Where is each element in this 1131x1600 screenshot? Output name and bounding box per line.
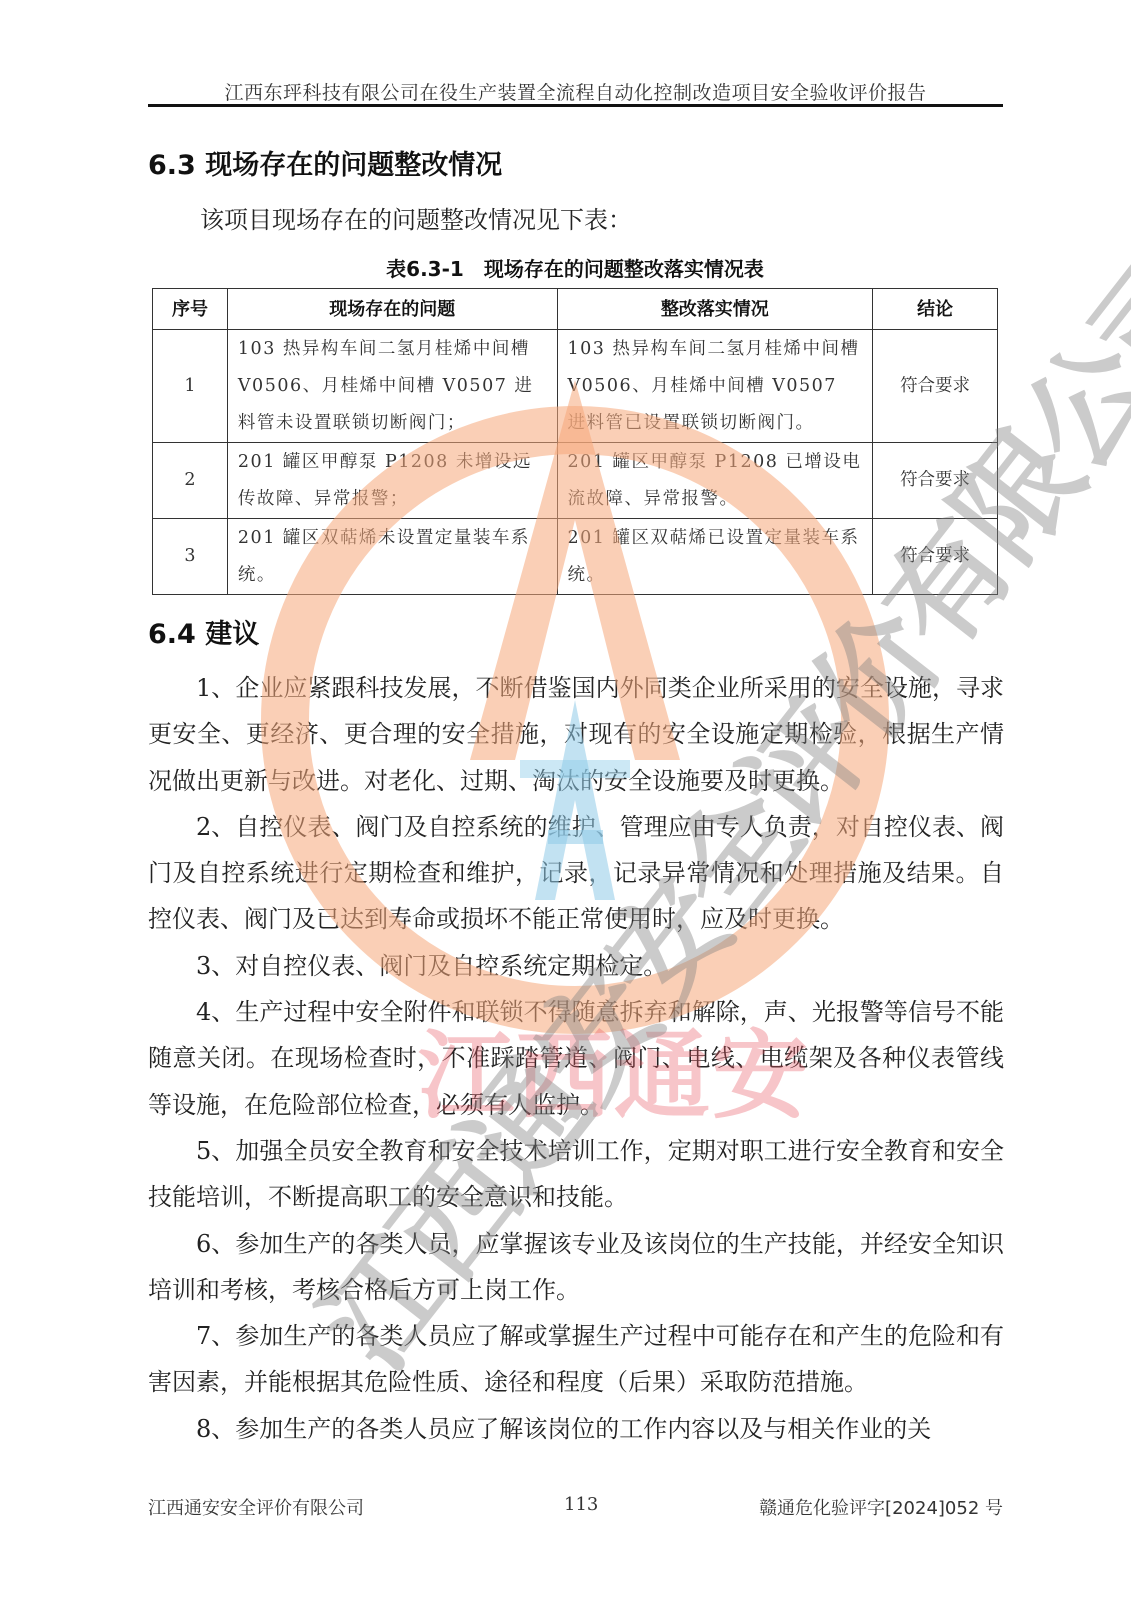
- rectification-table: 序号 现场存在的问题 整改落实情况 结论 1 103 热异构车间二氢月桂烯中间槽…: [152, 288, 998, 595]
- recommendation-paragraph: 6、参加生产的各类人员，应掌握该专业及该岗位的生产技能，并经安全知识培训和考核，…: [148, 1221, 1004, 1314]
- document-page: 江西东玶科技有限公司在役生产装置全流程自动化控制改造项目安全验收评价报告 6.3…: [0, 0, 1131, 1600]
- cell-number: 3: [153, 519, 228, 595]
- recommendation-paragraph: 8、参加生产的各类人员应了解该岗位的工作内容以及与相关作业的关: [148, 1406, 1004, 1452]
- cell-fix: 201 罐区双萜烯已设置定量装车系统。: [557, 519, 873, 595]
- page-number: 113: [564, 1494, 598, 1515]
- table-row: 2 201 罐区甲醇泵 P1208 未增设远传故障、异常报警； 201 罐区甲醇…: [153, 443, 998, 519]
- footer-doc-number: 赣通危化验评字[2024]052 号: [759, 1494, 1003, 1520]
- cell-verdict: 符合要求: [873, 330, 998, 443]
- section-heading-6-4: 6.4 建议: [148, 612, 259, 651]
- cell-number: 2: [153, 443, 228, 519]
- column-header-verdict: 结论: [873, 289, 998, 330]
- table-row: 1 103 热异构车间二氢月桂烯中间槽 V0506、月桂烯中间槽 V0507 进…: [153, 330, 998, 443]
- intro-paragraph: 该项目现场存在的问题整改情况见下表：: [200, 200, 632, 235]
- table-caption: 表6.3-1 现场存在的问题整改落实情况表: [152, 253, 998, 282]
- recommendation-paragraph: 4、生产过程中安全附件和联锁不得随意拆弃和解除，声、光报警等信号不能随意关闭。在…: [148, 989, 1004, 1128]
- running-header: 江西东玶科技有限公司在役生产装置全流程自动化控制改造项目安全验收评价报告: [148, 78, 1003, 105]
- recommendation-paragraph: 1、企业应紧跟科技发展，不断借鉴国内外同类企业所采用的安全设施，寻求更安全、更经…: [148, 665, 1004, 804]
- section-heading-6-3: 6.3 现场存在的问题整改情况: [148, 143, 502, 182]
- cell-issue: 201 罐区双萜烯未设置定量装车系统。: [227, 519, 557, 595]
- cell-fix: 201 罐区甲醇泵 P1208 已增设电流故障、异常报警。: [557, 443, 873, 519]
- table-row: 3 201 罐区双萜烯未设置定量装车系统。 201 罐区双萜烯已设置定量装车系统…: [153, 519, 998, 595]
- recommendation-paragraph: 5、加强全员安全教育和安全技术培训工作，定期对职工进行安全教育和安全技能培训，不…: [148, 1128, 1004, 1221]
- cell-verdict: 符合要求: [873, 519, 998, 595]
- table-header-row: 序号 现场存在的问题 整改落实情况 结论: [153, 289, 998, 330]
- cell-verdict: 符合要求: [873, 443, 998, 519]
- recommendation-paragraph: 2、自控仪表、阀门及自控系统的维护、管理应由专人负责，对自控仪表、阀门及自控系统…: [148, 804, 1004, 943]
- header-rule: [148, 104, 1003, 107]
- footer-company: 江西通安安全评价有限公司: [148, 1494, 364, 1520]
- cell-issue: 201 罐区甲醇泵 P1208 未增设远传故障、异常报警；: [227, 443, 557, 519]
- recommendations-list: 1、企业应紧跟科技发展，不断借鉴国内外同类企业所采用的安全设施，寻求更安全、更经…: [148, 665, 1004, 1452]
- column-header-issue: 现场存在的问题: [227, 289, 557, 330]
- cell-fix: 103 热异构车间二氢月桂烯中间槽 V0506、月桂烯中间槽 V0507 进料管…: [557, 330, 873, 443]
- column-header-number: 序号: [153, 289, 228, 330]
- recommendation-paragraph: 7、参加生产的各类人员应了解或掌握生产过程中可能存在和产生的危险和有害因素，并能…: [148, 1313, 1004, 1406]
- cell-issue: 103 热异构车间二氢月桂烯中间槽 V0506、月桂烯中间槽 V0507 进料管…: [227, 330, 557, 443]
- recommendation-paragraph: 3、对自控仪表、阀门及自控系统定期检定。: [148, 943, 1004, 989]
- cell-number: 1: [153, 330, 228, 443]
- column-header-fix: 整改落实情况: [557, 289, 873, 330]
